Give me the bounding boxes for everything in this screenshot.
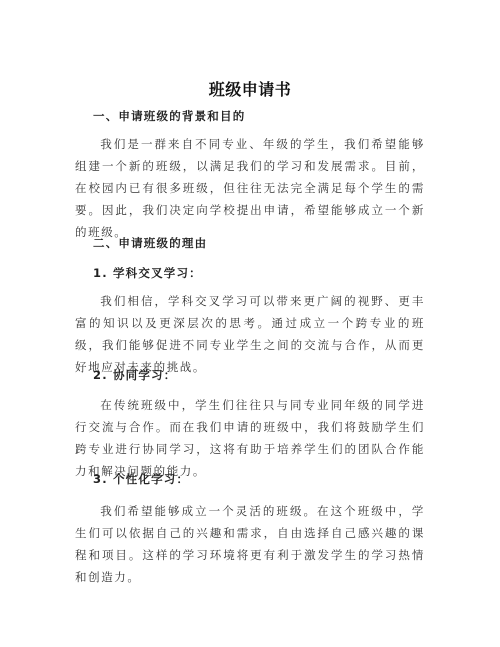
section-heading-background: 一、申请班级的背景和目的: [93, 108, 245, 124]
item-heading-interdisciplinary: 1. 学科交叉学习：: [93, 265, 202, 281]
paragraph-collaborative: 在传统班级中，学生们往往只与同专业同年级的同学进行交流与合作。而在我们申请的班级…: [75, 394, 425, 482]
paragraph-interdisciplinary: 我们相信，学科交叉学习可以带来更广阔的视野、更丰富的知识以及更深层次的思考。通过…: [75, 290, 425, 378]
item-heading-collaborative: 2. 协同学习：: [93, 367, 176, 383]
item-heading-personalized: 3. 个性化学习：: [93, 471, 189, 487]
document-title: 班级申请书: [0, 77, 500, 100]
section-heading-reasons: 二、申请班级的理由: [93, 235, 207, 251]
paragraph-personalized: 我们希望能够成立一个灵活的班级。在这个班级中，学生们可以依据自己的兴趣和需求，自…: [75, 500, 425, 588]
paragraph-background: 我们是一群来自不同专业、年级的学生，我们希望能够组建一个新的班级，以满足我们的学…: [75, 133, 425, 243]
